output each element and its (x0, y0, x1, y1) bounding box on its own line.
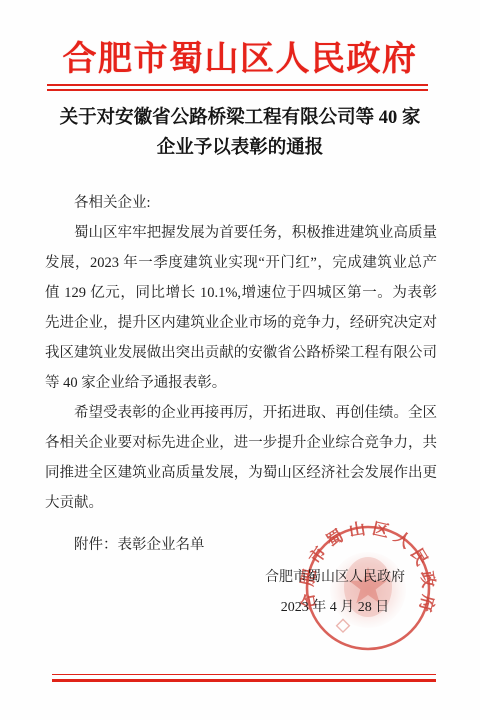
salutation: 各相关企业: (45, 188, 437, 218)
document-title: 关于对安徽省公路桥梁工程有限公司等 40 家 企业予以表彰的通报 (25, 103, 455, 163)
masthead-double-rule (47, 84, 428, 91)
signature-issuer: 合肥市蜀山区人民政府 (255, 563, 415, 593)
official-document-page: 合肥市蜀山区人民政府 关于对安徽省公路桥梁工程有限公司等 40 家 企业予以表彰… (0, 0, 480, 720)
government-masthead: 合肥市蜀山区人民政府 (0, 31, 480, 80)
body-paragraph-2: 希望受表彰的企业再接再厉，开拓进取、再创佳绩。全区各相关企业要对标先进企业，进一… (45, 398, 437, 518)
signature-block: 合肥市蜀山区人民政府 2023 年 4 月 28 日 (255, 563, 415, 623)
attachment-line: 附件：表彰企业名单 (45, 530, 437, 560)
body-paragraph-1: 蜀山区牢牢把握发展为首要任务，积极推进建筑业高质量发展，2023 年一季度建筑业… (45, 218, 437, 398)
document-body: 各相关企业: 蜀山区牢牢把握发展为首要任务，积极推进建筑业高质量发展，2023 … (45, 188, 437, 560)
signature-date: 2023 年 4 月 28 日 (255, 593, 415, 623)
footer-double-rule (52, 674, 436, 682)
document-title-line2: 企业予以表彰的通报 (25, 133, 455, 163)
document-title-line1: 关于对安徽省公路桥梁工程有限公司等 40 家 (25, 103, 455, 133)
